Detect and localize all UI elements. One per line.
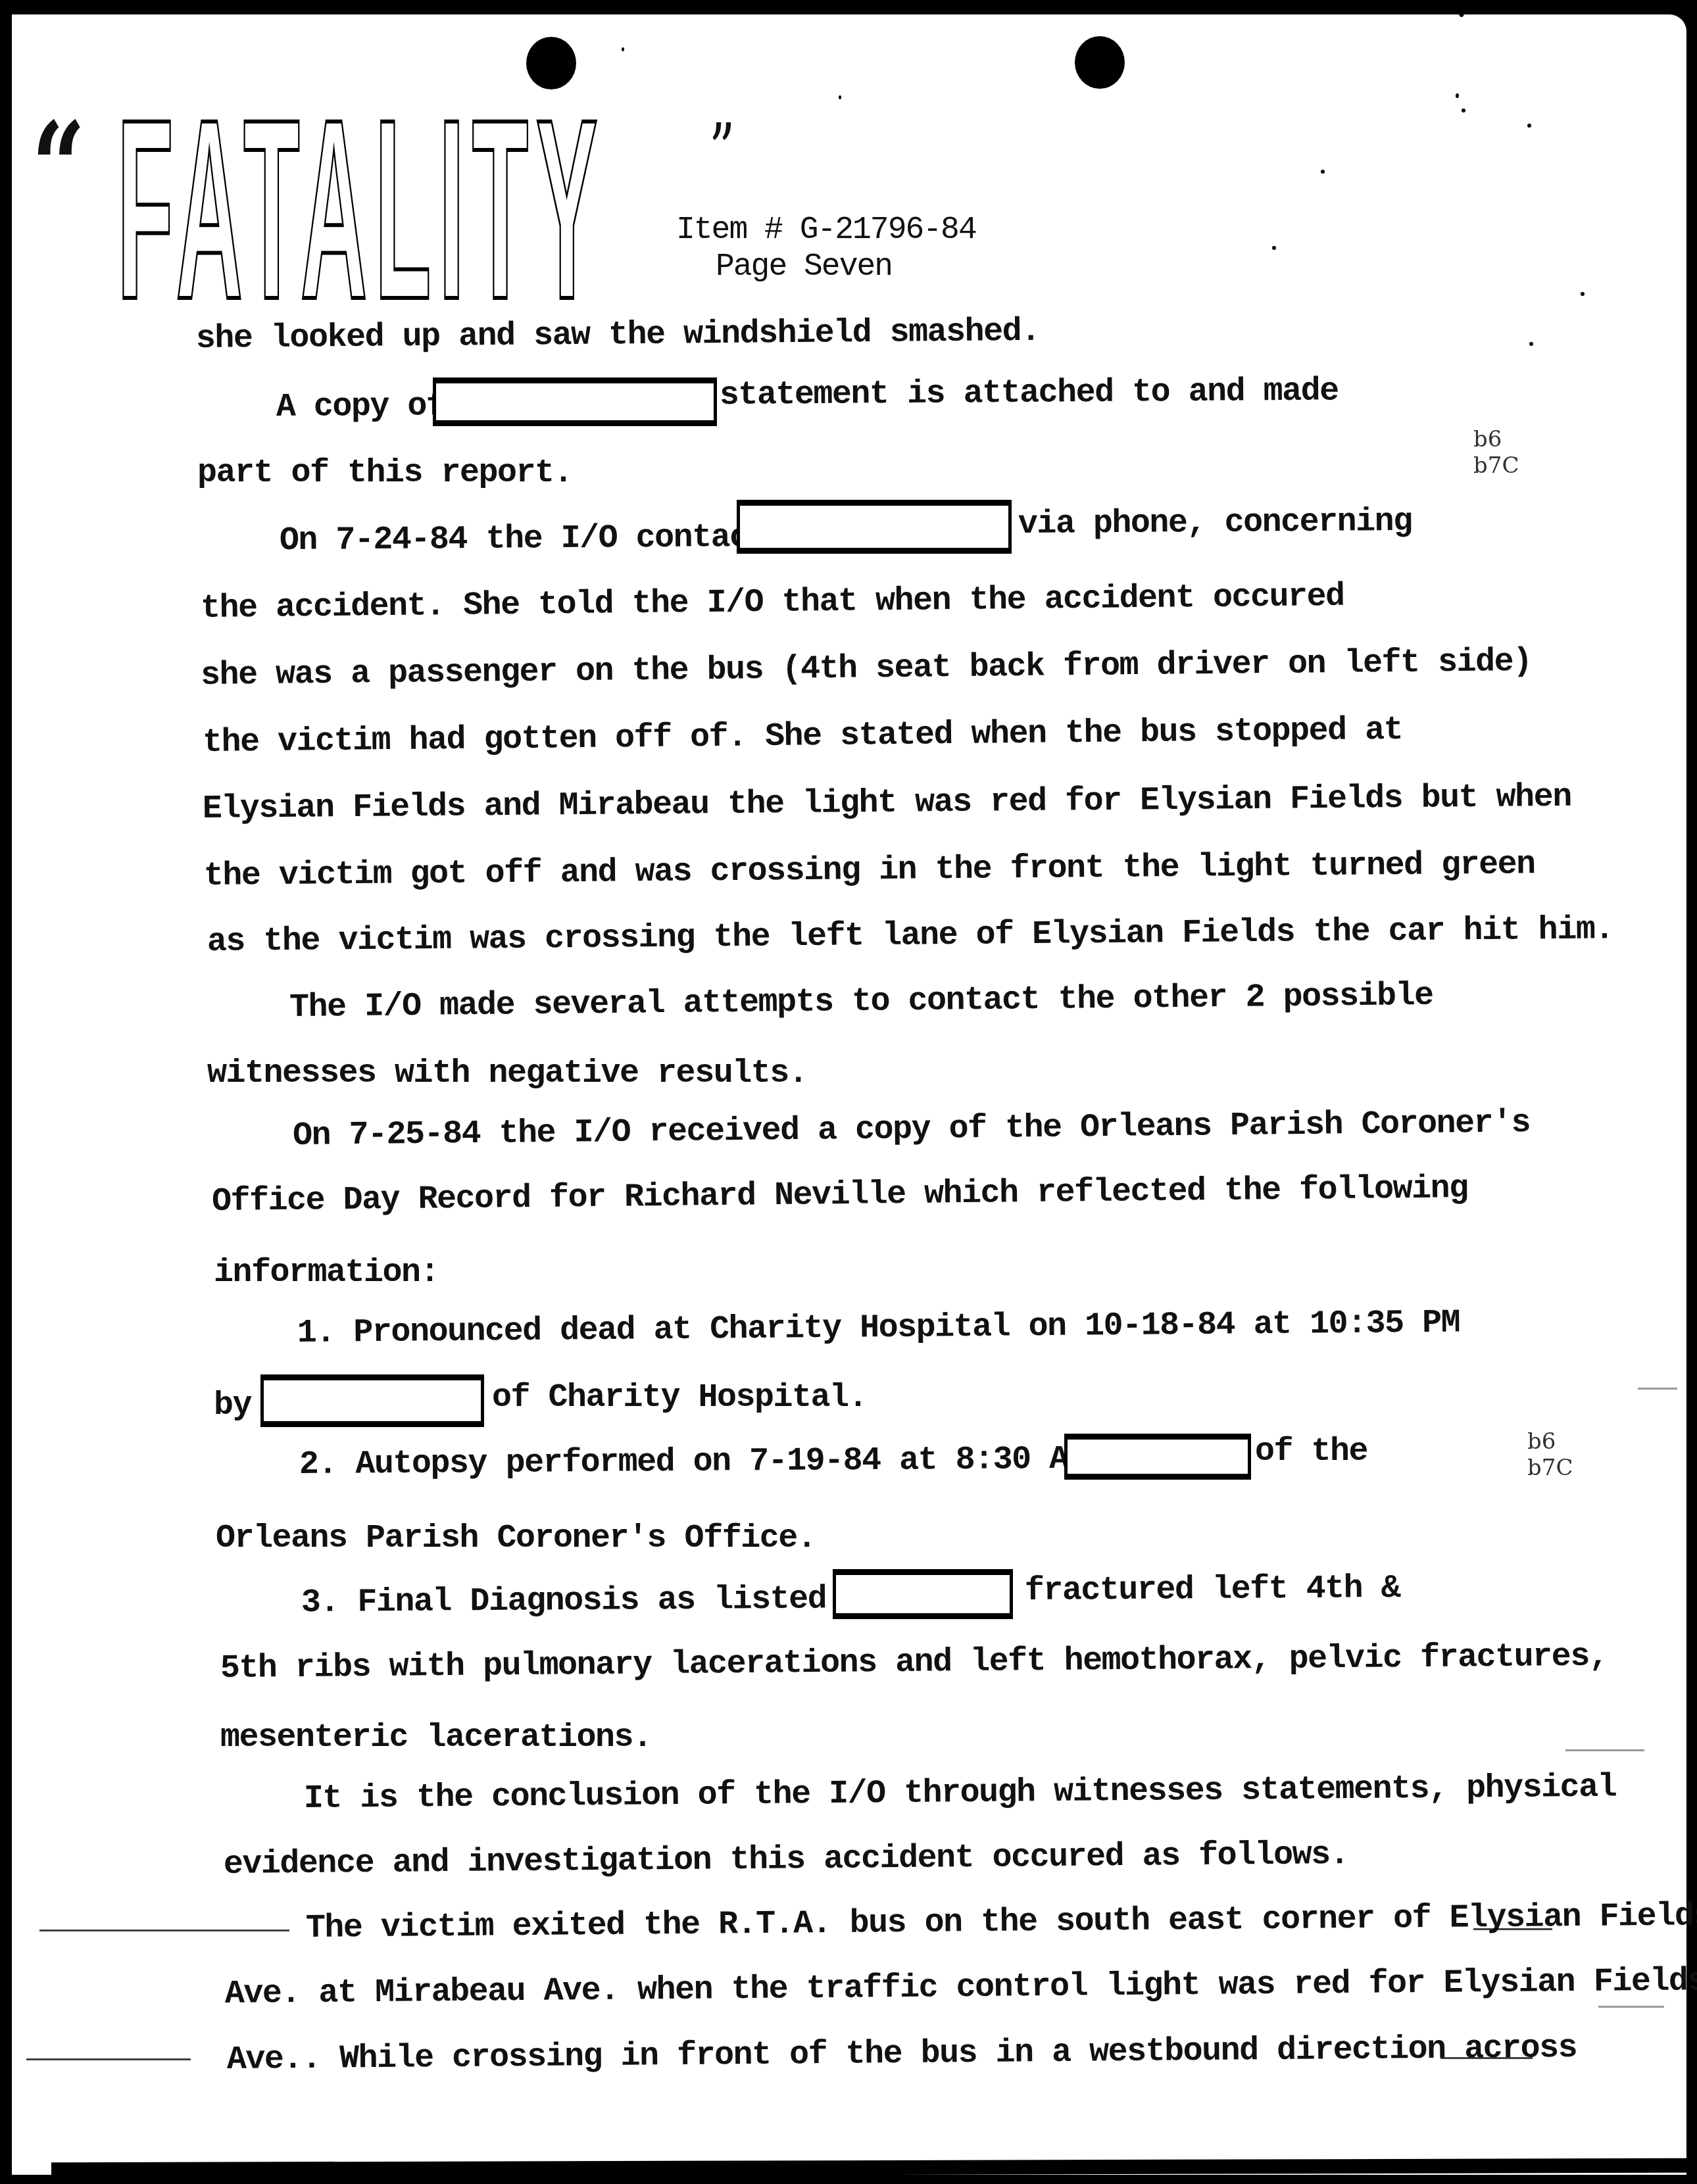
scan-streak — [1638, 1388, 1677, 1390]
exemption-note: b6 b7C — [1473, 426, 1519, 479]
exemption-note: b6 b7C — [1527, 1428, 1573, 1481]
body-line: she looked up and saw the windshield sma… — [196, 314, 1040, 358]
scan-speck — [1581, 292, 1585, 296]
scan-streak — [39, 1929, 289, 1931]
list-item: of the — [1255, 1434, 1367, 1470]
body-line: part of this report. — [197, 455, 572, 492]
scan-speck — [622, 47, 624, 51]
redaction-box — [1064, 1434, 1251, 1480]
scan-streak — [1565, 1749, 1644, 1751]
body-line: A copy of — [276, 388, 445, 426]
scan-speck — [1529, 342, 1533, 346]
scan-speck — [1272, 246, 1276, 250]
list-item: of Charity Hospital. — [492, 1380, 867, 1417]
list-item: mesenteric lacerations. — [220, 1720, 652, 1757]
redaction-box — [833, 1569, 1013, 1619]
scan-streak — [1598, 2006, 1664, 2008]
scan-edge — [51, 2158, 1686, 2177]
list-item: fractured left 4th & — [1025, 1570, 1400, 1610]
stamp-open-quote: “ — [32, 105, 86, 230]
item-number: Item # G-21796-84 — [676, 212, 976, 249]
list-item: Orleans Parish Coroner's Office. — [216, 1520, 816, 1557]
list-item: 3. Final Diagnosis as listed by — [301, 1581, 883, 1622]
stamp-close-quote: ” — [709, 114, 735, 187]
punch-hole-right — [1075, 36, 1125, 89]
body-line: On 7-24-84 the I/O contacted — [280, 519, 805, 560]
scan-speck — [1456, 93, 1459, 98]
body-line: via phone, concerning — [1018, 504, 1412, 543]
body-line: statement is attached to and made — [720, 373, 1339, 414]
scan-speck — [1527, 124, 1531, 128]
redaction-box — [260, 1374, 484, 1427]
stamp-title: FATALITY — [117, 110, 605, 308]
list-item: 2. Autopsy performed on 7-19-84 at 8:30 … — [299, 1441, 1143, 1484]
body-line: witnesses with negative results. — [207, 1056, 807, 1092]
redaction-box — [737, 500, 1012, 554]
page-number: Page Seven — [716, 249, 892, 285]
redaction-box — [433, 377, 717, 426]
scan-streak — [1440, 2057, 1533, 2059]
scan-speck — [1321, 170, 1325, 174]
scan-speck — [1459, 9, 1464, 17]
scan-speck — [839, 95, 841, 99]
scan-speck — [1462, 109, 1465, 112]
scan-streak — [26, 2058, 191, 2060]
body-line: information: — [214, 1255, 439, 1292]
scan-streak — [1473, 1928, 1552, 1930]
list-item: by — [214, 1388, 251, 1424]
